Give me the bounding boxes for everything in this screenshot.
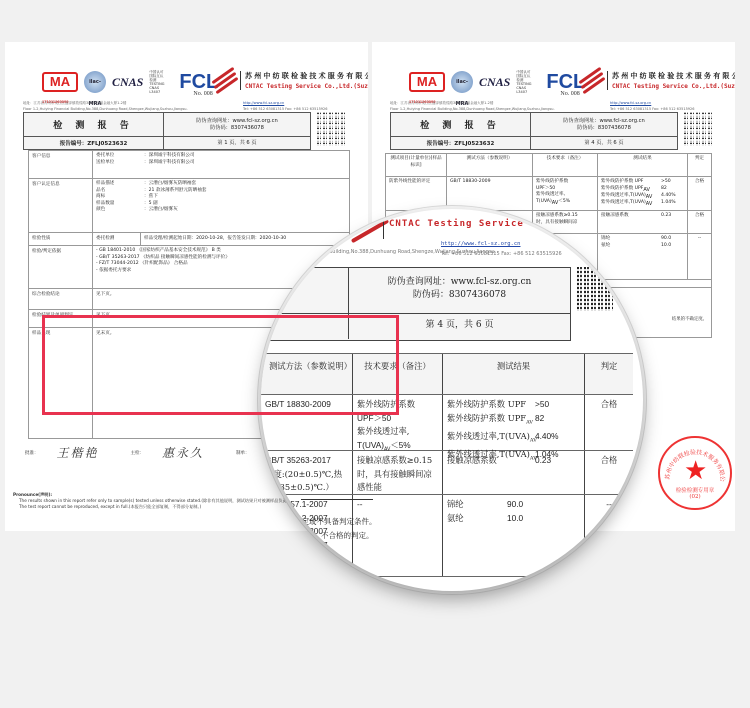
company-name-en: CNTAC Testing Service Co.,Ltd.(Suzhou) bbox=[389, 219, 633, 229]
row-label-basis: 检验/判定依据 bbox=[29, 246, 93, 288]
company-brand: 苏州中纺联检验技术服务有限公司 CNTAC Testing Service Co… bbox=[577, 68, 735, 92]
report-title-box-zoomed: 防伪查询网址：www.fcl-sz.org.cn 防伪码：8307436078 … bbox=[261, 267, 571, 341]
company-swoosh-icon bbox=[577, 68, 603, 92]
company-swoosh-icon bbox=[210, 68, 236, 92]
company-address: 地址：江苏省苏州市吴江区盛泽镇敦煌路388号汇赢金融大厦1-2楼 Floor 1… bbox=[390, 100, 555, 112]
verify-code: 防伪码：8307436078 bbox=[210, 125, 264, 132]
page-indicator: 第 4 页，共 6 页 bbox=[584, 140, 623, 147]
official-seal-stamp: 苏州中纺联检验技术服务有限公司 ★ 检验检测专用章 (02) bbox=[658, 436, 732, 510]
verify-url: 防伪查询网址：www.fcl-sz.org.cn bbox=[349, 276, 570, 289]
col-header-verdict: 判定 bbox=[585, 354, 633, 394]
company-brand: 苏州中纺联检验技术服务有限公司 CNTAC Testing Service Co… bbox=[210, 68, 368, 92]
company-contact: http://www.fcl-sz.org.cn Tel: +86 512 63… bbox=[610, 100, 695, 112]
test-results-table-zoomed: 测试方法（参数说明） 技术要求（备注） 测试结果 判定 GB/T 18830-2… bbox=[261, 353, 633, 577]
cma-logo: MA171011260099 bbox=[42, 72, 78, 92]
row-label-conclusion: 综合检验结论 bbox=[29, 289, 93, 309]
verify-url: 防伪查询网址：www.fcl-sz.org.cn bbox=[563, 118, 645, 125]
verify-code: 防伪码：8307436078 bbox=[349, 289, 570, 302]
ilac-mra-logo: ilac-MRA bbox=[84, 71, 106, 93]
row-label-client-confirmed: 客户认定信息 bbox=[29, 179, 93, 232]
row-label-sample: 样品呈现 bbox=[29, 328, 93, 438]
company-contact: http://www.fcl-sz.org.cn Tel: +86 512 63… bbox=[243, 100, 328, 112]
inspector-signature: 惠永久 bbox=[162, 444, 204, 461]
magnifier-lens: CNTAC Testing Service Co.,Ltd.(Suzhou) F… bbox=[261, 209, 643, 591]
report-number: 报告编号：ZFLJ0523632 bbox=[427, 139, 495, 147]
verdict-pass: 合格 bbox=[585, 451, 633, 494]
report-title: 检 测 报 告 bbox=[420, 118, 500, 131]
cnas-logo: CNAS bbox=[479, 75, 510, 90]
accreditation-logos: MA171011260099 ilac-MRA CNAS 中国认可 国际互认 检… bbox=[42, 67, 218, 97]
col-header-method: 测试方法（参数说明） bbox=[447, 154, 533, 176]
report-title-box: 检 测 报 告 防伪查询网址：www.fcl-sz.org.cn 防伪码：830… bbox=[390, 112, 678, 150]
col-header-item: 测试项目(计量单位)[样品标识] bbox=[386, 154, 447, 176]
qr-code bbox=[317, 112, 347, 146]
inspection-type: 委托检测 bbox=[93, 233, 141, 245]
col-header-requirement: 技术要求（备注） bbox=[533, 154, 598, 176]
verify-url: 防伪查询网址：www.fcl-sz.org.cn bbox=[196, 118, 278, 125]
ilac-mra-logo: ilac-MRA bbox=[451, 71, 473, 93]
col-header-result: 测试结果 bbox=[598, 154, 688, 176]
qr-code bbox=[577, 267, 613, 311]
company-address: 地址：江苏省苏州市吴江区盛泽镇敦煌路388号汇赢金融大厦1-2楼 Floor 1… bbox=[23, 100, 188, 112]
table-row-fiber: 2957.1-2007 2957.2-2007 2957.3-2007 2957… bbox=[261, 495, 633, 577]
verdict-pass: 合格 bbox=[585, 395, 633, 450]
company-name-cn: 苏州中纺联检验技术服务有限公司 bbox=[612, 71, 735, 81]
report-title-box: 检 测 报 告 防伪查询网址：www.fcl-sz.org.cn 防伪码：830… bbox=[23, 112, 311, 150]
row-label-nature: 检验性质 bbox=[29, 233, 93, 245]
page-indicator: 第 4 页，共 6 页 bbox=[349, 314, 570, 339]
company-name-cn: 苏州中纺联检验技术服务有限公司 bbox=[245, 71, 368, 81]
star-icon: ★ bbox=[684, 458, 707, 484]
company-swoosh-icon bbox=[343, 211, 383, 241]
table-row-cooling: GB/T 35263-2017 台温度:(20±0.5)℃,热 温度:(35±0… bbox=[261, 451, 633, 495]
cnas-logo-text: 中国认可 国际互认 检测 TESTING CNAS L3407 bbox=[149, 70, 167, 94]
col-header-method: 测试方法（参数说明） bbox=[261, 354, 353, 394]
row-label-results: 检验结果及单项判定 bbox=[29, 310, 93, 327]
col-header-requirement: 技术要求（备注） bbox=[353, 354, 443, 394]
qr-code bbox=[684, 112, 714, 146]
verify-code: 防伪码：8307436078 bbox=[577, 125, 631, 132]
company-name-en: CNTAC Testing Service Co.,Ltd.(Suzhou) bbox=[245, 83, 368, 90]
report-title: 检 测 报 告 bbox=[53, 118, 133, 131]
approver-signature: 王楷艳 bbox=[57, 444, 99, 461]
col-header-result: 测试结果 bbox=[443, 354, 585, 394]
company-website-link[interactable]: http://www.fcl-sz.org.cn bbox=[441, 241, 520, 247]
pronounce-statement: Pronounce(声明): The results shown in this… bbox=[13, 492, 290, 510]
cma-logo: MA171011260099 bbox=[409, 72, 445, 92]
accreditation-logos: MA171011260099 ilac-MRA CNAS 中国认可 国际互认 检… bbox=[409, 67, 585, 97]
row-label-client-info: 客户信息 bbox=[29, 151, 93, 178]
col-header-verdict: 判定 bbox=[688, 154, 711, 176]
report-number: 报告编号：ZFLJ0523632 bbox=[60, 139, 128, 147]
table-row: 防紫外线性能的评定 GB/T 18830-2009 紫外线防护系数 UPF＞50… bbox=[386, 177, 711, 211]
page-indicator: 第 1 页，共 6 页 bbox=[217, 140, 256, 147]
cnas-logo: CNAS bbox=[112, 75, 143, 90]
company-name-en: CNTAC Testing Service Co.,Ltd.(Suzhou) bbox=[612, 83, 735, 90]
cnas-logo-text: 中国认可 国际互认 检测 TESTING CNAS L3407 bbox=[516, 70, 534, 94]
table-row-uv: GB/T 18830-2009 紫外线防护系数 UPF＞50 紫外线透过率, T… bbox=[261, 395, 633, 451]
